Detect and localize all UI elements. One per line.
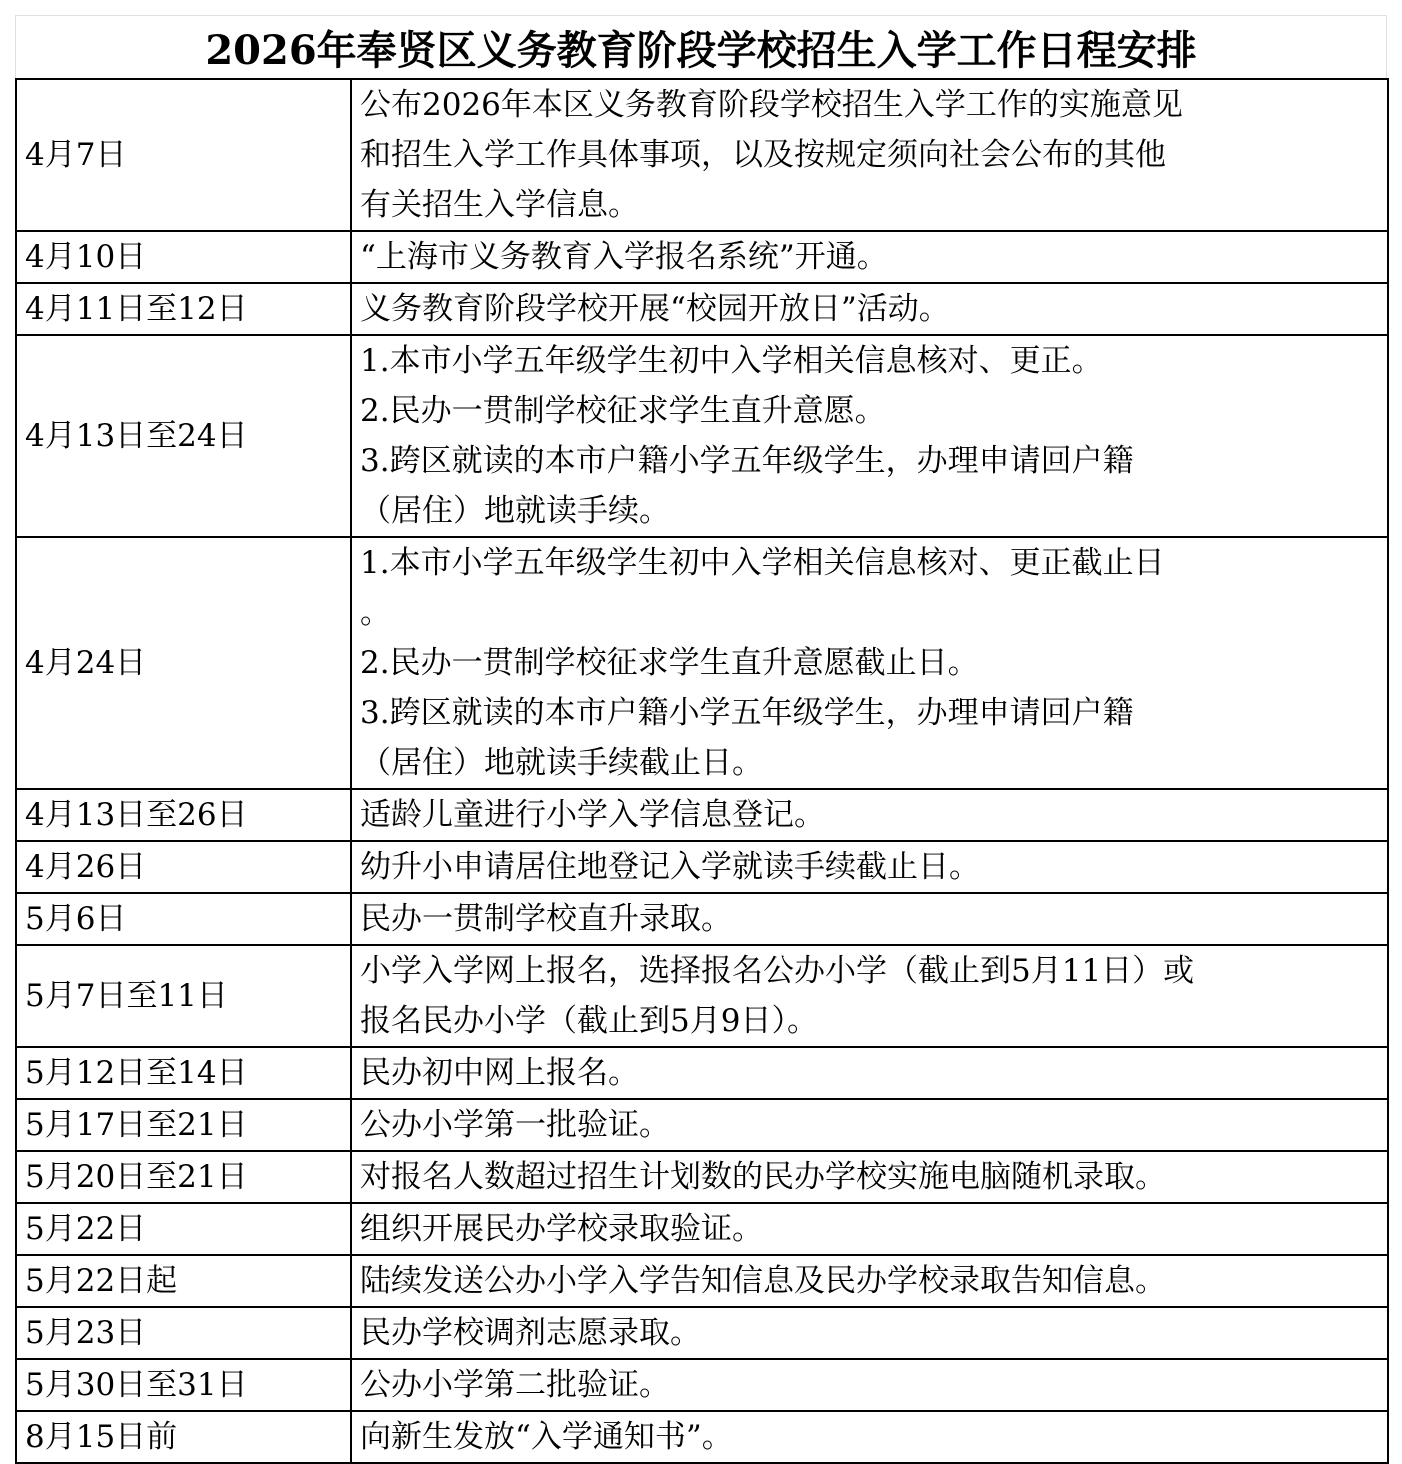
description-line: 适龄儿童进行小学入学信息登记。 xyxy=(360,790,1387,840)
table-row: 5月20日至21日对报名人数超过招生计划数的民办学校实施电脑随机录取。 xyxy=(16,1151,1388,1203)
description-line: 对报名人数超过招生计划数的民办学校实施电脑随机录取。 xyxy=(360,1152,1387,1202)
schedule-table: 4月7日公布2026年本区义务教育阶段学校招生入学工作的实施意见和招生入学工作具… xyxy=(15,78,1389,1464)
description-line: 陆续发送公办小学入学告知信息及民办学校录取告知信息。 xyxy=(360,1256,1387,1306)
page-title: 2026年奉贤区义务教育阶段学校招生入学工作日程安排 xyxy=(15,15,1387,78)
description-line: 。 xyxy=(360,588,1387,638)
date-cell: 4月24日 xyxy=(16,537,351,789)
description-line: 民办学校调剂志愿录取。 xyxy=(360,1308,1387,1358)
date-cell: 4月7日 xyxy=(16,79,351,231)
date-cell: 5月30日至31日 xyxy=(16,1359,351,1411)
description-line: 2.民办一贯制学校征求学生直升意愿截止日。 xyxy=(360,638,1387,688)
date-cell: 5月23日 xyxy=(16,1307,351,1359)
description-line: 1.本市小学五年级学生初中入学相关信息核对、更正。 xyxy=(360,336,1387,386)
table-row: 5月6日民办一贯制学校直升录取。 xyxy=(16,893,1388,945)
date-cell: 5月6日 xyxy=(16,893,351,945)
description-line: 3.跨区就读的本市户籍小学五年级学生，办理申请回户籍 xyxy=(360,688,1387,738)
table-row: 4月24日1.本市小学五年级学生初中入学相关信息核对、更正截止日。2.民办一贯制… xyxy=(16,537,1388,789)
description-cell: 民办一贯制学校直升录取。 xyxy=(351,893,1388,945)
description-cell: 幼升小申请居住地登记入学就读手续截止日。 xyxy=(351,841,1388,893)
description-line: 公办小学第一批验证。 xyxy=(360,1100,1387,1150)
date-cell: 5月7日至11日 xyxy=(16,945,351,1047)
date-cell: 8月15日前 xyxy=(16,1411,351,1463)
date-cell: 5月12日至14日 xyxy=(16,1047,351,1099)
date-cell: 4月11日至12日 xyxy=(16,283,351,335)
schedule-sheet: 2026年奉贤区义务教育阶段学校招生入学工作日程安排 4月7日公布2026年本区… xyxy=(15,15,1387,1464)
description-line: 民办初中网上报名。 xyxy=(360,1048,1387,1098)
table-row: 4月26日幼升小申请居住地登记入学就读手续截止日。 xyxy=(16,841,1388,893)
table-row: 5月22日起陆续发送公办小学入学告知信息及民办学校录取告知信息。 xyxy=(16,1255,1388,1307)
description-cell: 小学入学网上报名，选择报名公办小学（截止到5月11日）或报名民办小学（截止到5月… xyxy=(351,945,1388,1047)
table-row: 5月7日至11日小学入学网上报名，选择报名公办小学（截止到5月11日）或报名民办… xyxy=(16,945,1388,1047)
description-line: （居住）地就读手续截止日。 xyxy=(360,738,1387,788)
description-cell: 1.本市小学五年级学生初中入学相关信息核对、更正截止日。2.民办一贯制学校征求学… xyxy=(351,537,1388,789)
description-line: 1.本市小学五年级学生初中入学相关信息核对、更正截止日 xyxy=(360,538,1387,588)
description-cell: 公办小学第二批验证。 xyxy=(351,1359,1388,1411)
schedule-table-body: 4月7日公布2026年本区义务教育阶段学校招生入学工作的实施意见和招生入学工作具… xyxy=(16,79,1388,1463)
date-cell: 4月13日至26日 xyxy=(16,789,351,841)
date-cell: 5月20日至21日 xyxy=(16,1151,351,1203)
table-row: 5月12日至14日民办初中网上报名。 xyxy=(16,1047,1388,1099)
description-cell: 1.本市小学五年级学生初中入学相关信息核对、更正。2.民办一贯制学校征求学生直升… xyxy=(351,335,1388,537)
description-cell: 民办初中网上报名。 xyxy=(351,1047,1388,1099)
date-cell: 4月26日 xyxy=(16,841,351,893)
date-cell: 5月17日至21日 xyxy=(16,1099,351,1151)
description-line: 3.跨区就读的本市户籍小学五年级学生，办理申请回户籍 xyxy=(360,436,1387,486)
description-line: 向新生发放“入学通知书”。 xyxy=(360,1412,1387,1462)
description-cell: 民办学校调剂志愿录取。 xyxy=(351,1307,1388,1359)
description-cell: 组织开展民办学校录取验证。 xyxy=(351,1203,1388,1255)
date-cell: 5月22日起 xyxy=(16,1255,351,1307)
table-row: 8月15日前向新生发放“入学通知书”。 xyxy=(16,1411,1388,1463)
table-row: 5月30日至31日公办小学第二批验证。 xyxy=(16,1359,1388,1411)
description-cell: 义务教育阶段学校开展“校园开放日”活动。 xyxy=(351,283,1388,335)
description-line: “上海市义务教育入学报名系统”开通。 xyxy=(360,232,1387,282)
description-line: 组织开展民办学校录取验证。 xyxy=(360,1204,1387,1254)
date-cell: 4月13日至24日 xyxy=(16,335,351,537)
description-cell: 公办小学第一批验证。 xyxy=(351,1099,1388,1151)
table-row: 4月10日“上海市义务教育入学报名系统”开通。 xyxy=(16,231,1388,283)
description-line: 小学入学网上报名，选择报名公办小学（截止到5月11日）或 xyxy=(360,946,1387,996)
description-cell: 对报名人数超过招生计划数的民办学校实施电脑随机录取。 xyxy=(351,1151,1388,1203)
description-line: 报名民办小学（截止到5月9日）。 xyxy=(360,996,1387,1046)
description-line: 民办一贯制学校直升录取。 xyxy=(360,894,1387,944)
description-cell: 向新生发放“入学通知书”。 xyxy=(351,1411,1388,1463)
description-cell: 公布2026年本区义务教育阶段学校招生入学工作的实施意见和招生入学工作具体事项，… xyxy=(351,79,1388,231)
description-line: 有关招生入学信息。 xyxy=(360,180,1387,230)
table-row: 4月13日至24日1.本市小学五年级学生初中入学相关信息核对、更正。2.民办一贯… xyxy=(16,335,1388,537)
description-cell: 适龄儿童进行小学入学信息登记。 xyxy=(351,789,1388,841)
table-row: 5月23日民办学校调剂志愿录取。 xyxy=(16,1307,1388,1359)
description-line: 公办小学第二批验证。 xyxy=(360,1360,1387,1410)
date-cell: 4月10日 xyxy=(16,231,351,283)
description-cell: 陆续发送公办小学入学告知信息及民办学校录取告知信息。 xyxy=(351,1255,1388,1307)
description-cell: “上海市义务教育入学报名系统”开通。 xyxy=(351,231,1388,283)
table-row: 5月17日至21日公办小学第一批验证。 xyxy=(16,1099,1388,1151)
description-line: 义务教育阶段学校开展“校园开放日”活动。 xyxy=(360,284,1387,334)
description-line: 2.民办一贯制学校征求学生直升意愿。 xyxy=(360,386,1387,436)
description-line: 公布2026年本区义务教育阶段学校招生入学工作的实施意见 xyxy=(360,80,1387,130)
table-row: 4月7日公布2026年本区义务教育阶段学校招生入学工作的实施意见和招生入学工作具… xyxy=(16,79,1388,231)
description-line: 和招生入学工作具体事项，以及按规定须向社会公布的其他 xyxy=(360,130,1387,180)
table-row: 4月11日至12日义务教育阶段学校开展“校园开放日”活动。 xyxy=(16,283,1388,335)
table-row: 4月13日至26日适龄儿童进行小学入学信息登记。 xyxy=(16,789,1388,841)
description-line: （居住）地就读手续。 xyxy=(360,486,1387,536)
description-line: 幼升小申请居住地登记入学就读手续截止日。 xyxy=(360,842,1387,892)
date-cell: 5月22日 xyxy=(16,1203,351,1255)
table-row: 5月22日组织开展民办学校录取验证。 xyxy=(16,1203,1388,1255)
